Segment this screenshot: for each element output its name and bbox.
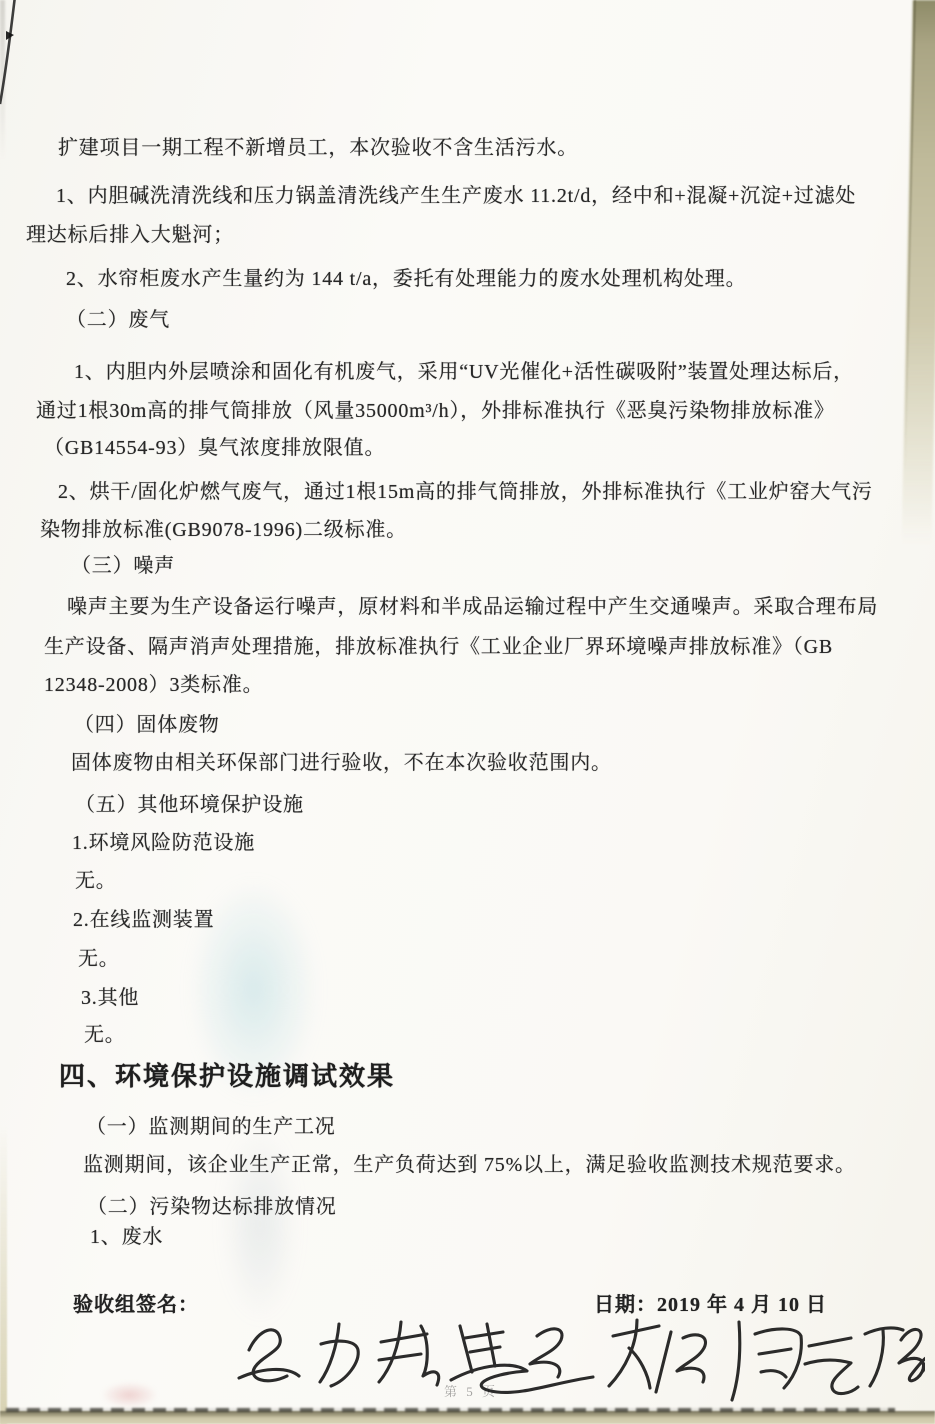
- doc-line: 1、内胆内外层喷涂和固化有机废气，采用“UV光催化+活性碳吸附”装置处理达标后，: [74, 355, 854, 384]
- signature-area-label: 验收组签名：: [73, 1288, 199, 1317]
- doc-line: 2、烘干/固化炉燃气废气，通过1根15m高的排气筒排放，外排标准执行《工业炉窑大…: [58, 475, 873, 504]
- doc-line: 1、废水: [90, 1220, 163, 1249]
- doc-subheading: （三）噪声: [71, 549, 175, 578]
- doc-subheading: （二）污染物达标排放情况: [87, 1190, 337, 1219]
- document-body: 扩建项目一期工程不新增员工，本次验收不含生活污水。 1、内胆碱洗清洗线和压力锅盖…: [0, 0, 935, 1424]
- doc-line: 噪声主要为生产设备运行噪声，原材料和半成品运输过程中产生交通噪声。采取合理布局: [67, 590, 878, 619]
- doc-subheading: （一）监测期间的生产工况: [86, 1110, 336, 1139]
- doc-line: 监测期间，该企业生产正常，生产负荷达到 75%以上，满足验收监测技术规范要求。: [83, 1148, 856, 1177]
- doc-line: 2、水帘柜废水产生量约为 144 t/a，委托有处理能力的废水处理机构处理。: [66, 262, 746, 291]
- doc-line: 无。: [84, 1018, 126, 1047]
- doc-line: 理达标后排入大魁河；: [26, 218, 234, 247]
- signature-2: [451, 1324, 593, 1392]
- doc-line: （GB14554-93）臭气浓度排放限值。: [44, 431, 385, 460]
- doc-line: 扩建项目一期工程不新增员工，本次验收不含生活污水。: [58, 131, 578, 160]
- doc-line: 2.在线监测装置: [73, 903, 214, 932]
- signature-1: [239, 1322, 439, 1386]
- doc-line: 12348-2008）3类标准。: [44, 668, 263, 697]
- doc-subheading: （五）其他环境保护设施: [75, 788, 304, 817]
- signature-5: [865, 1328, 925, 1386]
- doc-line: 无。: [78, 942, 120, 971]
- doc-subheading: （四）固体废物: [74, 708, 220, 737]
- doc-line: 通过1根30m高的排气筒排放（风量35000m³/h），外排标准执行《恶臭污染物…: [36, 394, 835, 423]
- doc-line: 1.环境风险防范设施: [72, 826, 255, 855]
- doc-line: 染物排放标准(GB9078-1996)二级标准。: [40, 513, 407, 542]
- doc-line: 1、内胆碱洗清洗线和压力锅盖清洗线产生生产废水 11.2t/d，经中和+混凝+沉…: [56, 179, 856, 208]
- signature-3: [609, 1320, 706, 1392]
- doc-subheading: （二）废气: [66, 303, 170, 332]
- scanned-document-page: 扩建项目一期工程不新增员工，本次验收不含生活污水。 1、内胆碱洗清洗线和压力锅盖…: [0, 0, 935, 1424]
- doc-line: 生产设备、隔声消声处理措施，排放标准执行《工业企业厂界环境噪声排放标准》（GB: [44, 630, 833, 659]
- section-heading: 四、环境保护设施调试效果: [59, 1056, 395, 1093]
- doc-line: 无。: [75, 864, 117, 893]
- signature-4: [732, 1322, 858, 1400]
- doc-line: 3.其他: [81, 981, 139, 1010]
- doc-line: 固体废物由相关环保部门进行验收，不在本次验收范围内。: [71, 746, 612, 775]
- handwritten-signatures: [215, 1312, 925, 1422]
